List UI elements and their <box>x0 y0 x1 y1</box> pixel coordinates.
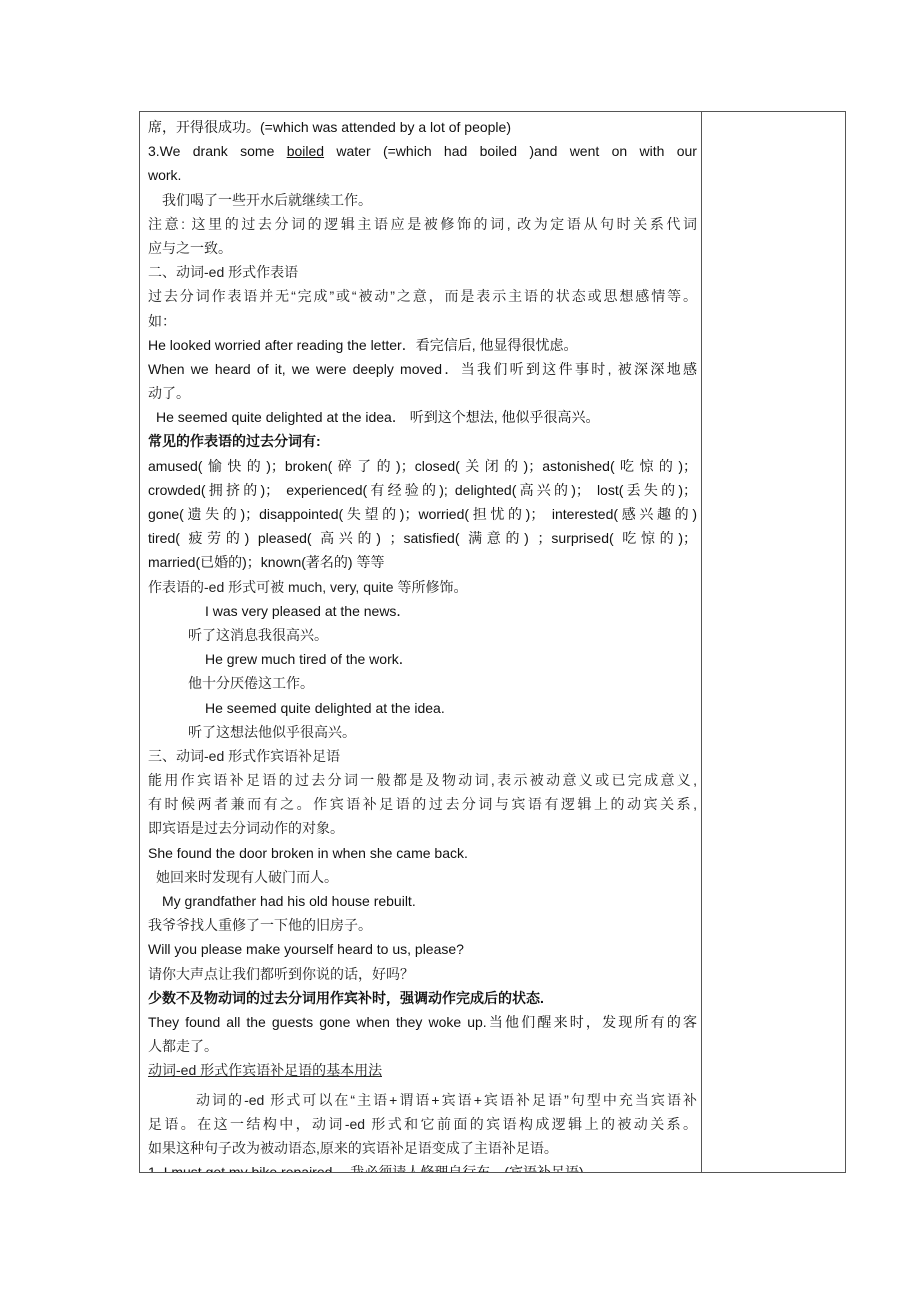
translation-line: 她回来时发现有人破门而人。 <box>148 865 697 889</box>
text-line: work. <box>148 163 697 187</box>
translation-line: 请你大声点让我们都听到你说的话，好吗？ <box>148 962 697 986</box>
text-line: 能用作宾语补足语的过去分词一般都是及物动词,表示被动意义或已完成意义, <box>148 768 697 792</box>
vocab-line: married(已婚的)；known(著名的) 等等 <box>148 550 697 574</box>
example-line: 1. I must get my bike repaired． 我必须请人修理自… <box>148 1160 697 1172</box>
example-line: She found the door broken in when she ca… <box>148 841 697 865</box>
example-line: He seemed quite delighted at the idea. <box>148 696 697 720</box>
text-line: 作表语的-ed 形式可被 much, very, quite 等所修饰。 <box>148 575 697 599</box>
example-line: My grandfather had his old house rebuilt… <box>148 889 697 913</box>
vocab-line: crowded(拥挤的)； experienced(有经验的); delight… <box>148 478 697 502</box>
section-heading-2: 二、动词-ed 形式作表语 <box>148 260 697 284</box>
example-line: I was very pleased at the news． <box>148 599 697 623</box>
section-heading-3: 三、动词-ed 形式作宾语补足语 <box>148 744 697 768</box>
text-line: 如： <box>148 309 697 333</box>
text-line: 足语。在这一结构中，动词-ed 形式和它前面的宾语构成逻辑上的被动关系。 <box>148 1112 697 1136</box>
empty-side-cell <box>702 112 845 1172</box>
translation-line: 他十分厌倦这工作。 <box>148 671 697 695</box>
example-line: They found all the guests gone when they… <box>148 1010 697 1034</box>
subheading: 常见的作表语的过去分词有: <box>148 429 697 453</box>
example-line: 人都走了。 <box>148 1034 697 1058</box>
text-line: 过去分词作表语并无“完成”或“被动”之意，而是表示主语的状态或思想感情等。 <box>148 284 697 308</box>
vocab-line: gone(遗失的)；disappointed(失望的)；worried(担忧的)… <box>148 502 697 526</box>
subheading: 少数不及物动词的过去分词用作宾补时，强调动作完成后的状态. <box>148 986 697 1010</box>
note-line: 注意: 这里的过去分词的逻辑主语应是被修饰的词, 改为定语从句时关系代词 <box>148 212 697 236</box>
text-line: 如果这种句子改为被动语态,原来的宾语补足语变成了主语补足语。 <box>148 1136 697 1160</box>
translation-line: 听了这想法他似乎很高兴。 <box>148 720 697 744</box>
example-line: He grew much tired of the work． <box>148 647 697 671</box>
example-line: 动了。 <box>148 381 697 405</box>
text-line: 动词的-ed 形式可以在“主语+谓语+宾语+宾语补足语”句型中充当宾语补 <box>148 1088 697 1112</box>
text-segment: water (=which had boiled )and went on wi… <box>324 143 697 159</box>
text-line: 席，开得很成功。(=which was attended by a lot of… <box>148 115 697 139</box>
underlined-heading: 动词-ed 形式作宾语补足语的基本用法 <box>148 1058 382 1082</box>
document-table: 席，开得很成功。(=which was attended by a lot of… <box>139 111 846 1173</box>
translation-line: 我们喝了一些开水后就继续工作。 <box>148 188 697 212</box>
example-3-line: 3.We drank some boiled water (=which had… <box>148 139 697 163</box>
content-cell: 席，开得很成功。(=which was attended by a lot of… <box>140 112 702 1172</box>
example-line: When we heard of it, we were deeply move… <box>148 357 697 381</box>
example-line: He looked worried after reading the lett… <box>148 333 697 357</box>
text-line: 有时候两者兼而有之。作宾语补足语的过去分词与宾语有逻辑上的动宾关系, <box>148 792 697 816</box>
note-line: 应与之一致。 <box>148 236 697 260</box>
translation-line: 我爷爷找人重修了一下他的旧房子。 <box>148 913 697 937</box>
example-line: Will you please make yourself heard to u… <box>148 937 697 961</box>
vocab-line: tired( 疲劳的) pleased( 高兴的) ；satisfied( 满意… <box>148 526 697 550</box>
translation-line: 听了这消息我很高兴。 <box>148 623 697 647</box>
vocab-line: amused(愉快的)；broken(碎了的)；closed(关闭的)；asto… <box>148 454 697 478</box>
text-segment: 3.We drank some <box>148 143 287 159</box>
example-line: He seemed quite delighted at the idea． 听… <box>148 405 697 429</box>
underlined-word: boiled <box>287 143 324 159</box>
text-line: 即宾语是过去分词动作的对象。 <box>148 816 697 840</box>
